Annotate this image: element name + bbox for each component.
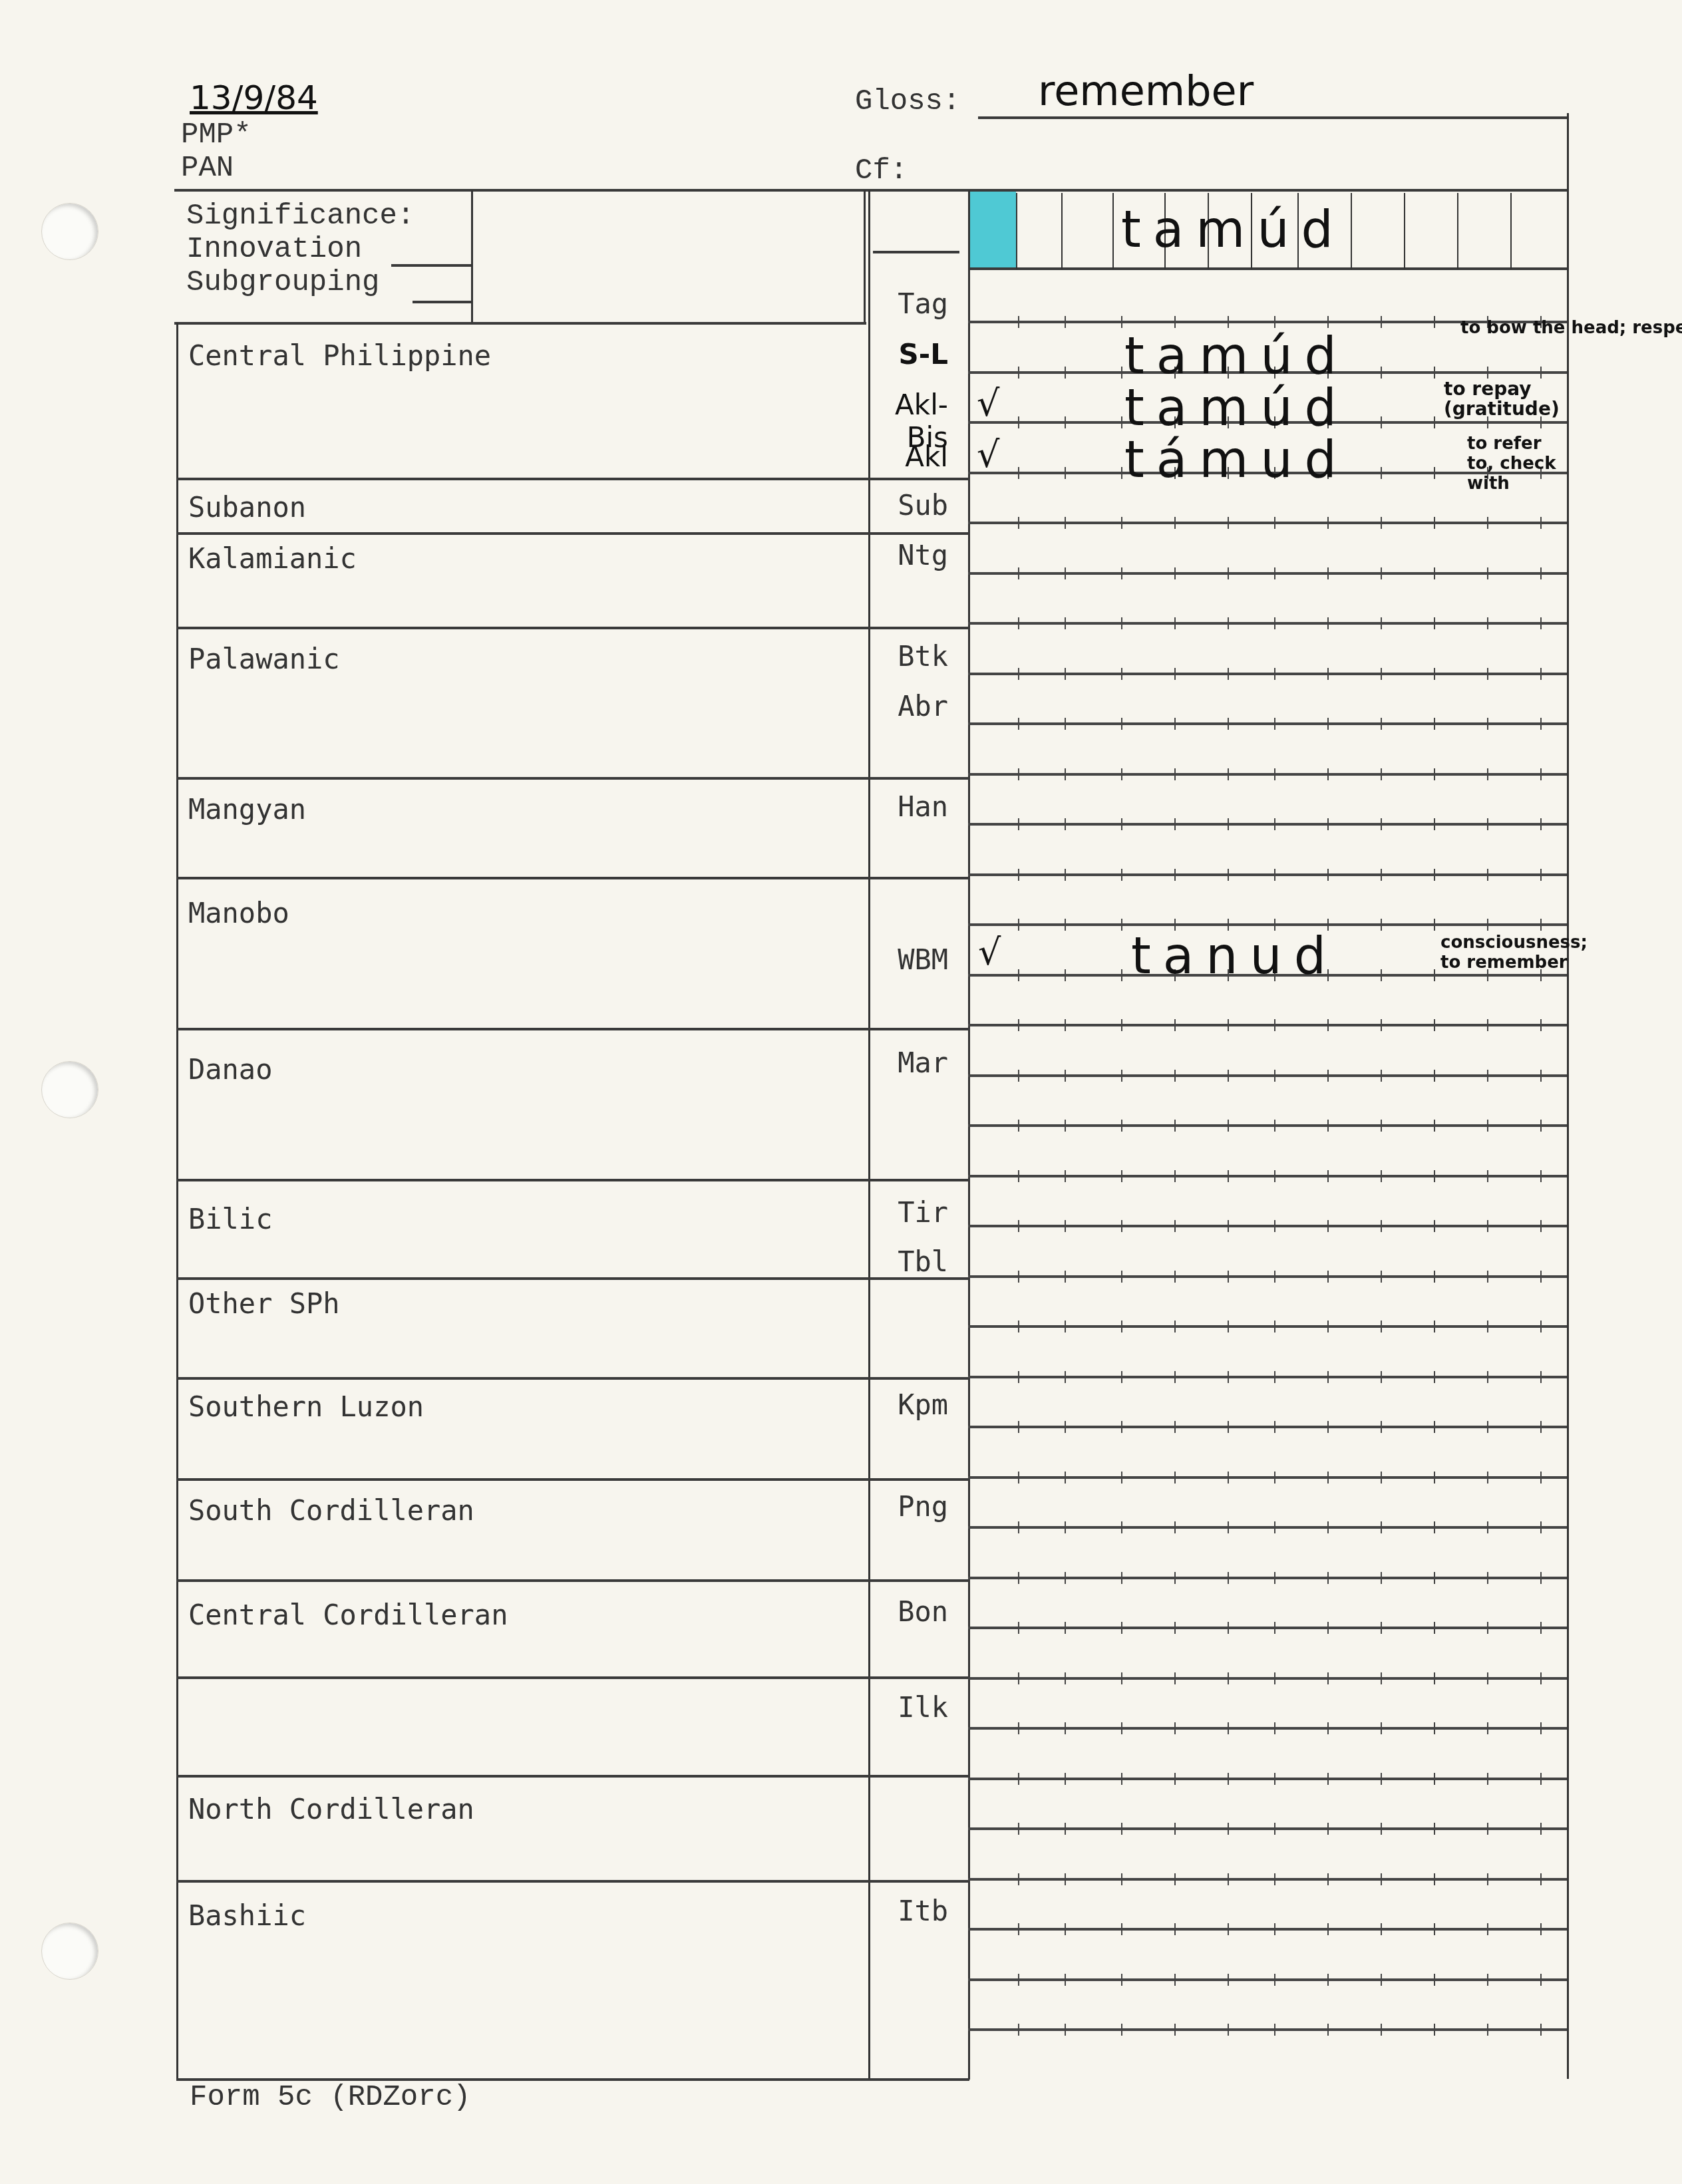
tick-mark — [1487, 1773, 1488, 1785]
tick-mark — [1381, 367, 1382, 379]
tick-mark — [1065, 617, 1066, 629]
tick-mark — [1065, 718, 1066, 730]
tick-mark — [1174, 1371, 1176, 1383]
tick-mark — [1065, 567, 1066, 579]
tick-mark — [1065, 2024, 1066, 2036]
tick-mark — [1174, 1722, 1176, 1734]
ruled-line — [968, 1325, 1567, 1328]
tick-mark — [1065, 316, 1066, 328]
ruled-line — [968, 2028, 1567, 2031]
tick-mark — [1121, 517, 1122, 529]
tick-mark — [1327, 1371, 1329, 1383]
tick-mark — [1381, 567, 1382, 579]
tick-mark — [1434, 1170, 1435, 1182]
tick-mark — [1121, 1019, 1122, 1031]
tick-mark — [1065, 1521, 1066, 1533]
group-mangyan: Mangyan — [188, 793, 306, 826]
tick-mark — [1540, 1170, 1542, 1182]
tick-mark — [1065, 1672, 1066, 1684]
tick-mark — [1434, 1974, 1435, 1986]
tick-mark — [1018, 718, 1019, 730]
tick-mark — [1327, 1773, 1329, 1785]
tick-mark — [1327, 2024, 1329, 2036]
tick-mark — [1065, 1773, 1066, 1785]
tick-mark — [1174, 567, 1176, 579]
tick-mark — [1274, 1220, 1275, 1232]
lang-mar: Mar — [855, 1046, 948, 1079]
tick-mark — [1274, 1321, 1275, 1332]
lang-sub: Sub — [855, 489, 948, 522]
tick-mark — [1540, 818, 1542, 830]
tick-mark — [1434, 1873, 1435, 1885]
entry-wbm-form: tanud — [1131, 926, 1338, 985]
tick-mark — [1434, 467, 1435, 479]
tick-mark — [1065, 768, 1066, 780]
tick-mark — [1434, 416, 1435, 428]
tick-mark — [1174, 1572, 1176, 1584]
ruled-line — [968, 1476, 1567, 1479]
tick-mark — [1327, 1622, 1329, 1634]
ruled-line — [968, 1426, 1567, 1428]
tick-mark — [1487, 1622, 1488, 1634]
tick-mark — [1381, 1271, 1382, 1283]
tick-mark — [1540, 1371, 1542, 1383]
tick-mark — [1487, 1923, 1488, 1935]
tick-mark — [1487, 1321, 1488, 1332]
tick-mark — [1065, 869, 1066, 881]
tick-mark — [1274, 1572, 1275, 1584]
tick-mark — [1018, 1271, 1019, 1283]
tick-mark — [1540, 1572, 1542, 1584]
tick-mark — [1540, 567, 1542, 579]
tick-mark — [1121, 1371, 1122, 1383]
tick-mark — [1174, 1873, 1176, 1885]
tick-mark — [1540, 1722, 1542, 1734]
tick-mark — [1121, 768, 1122, 780]
tick-mark — [1381, 818, 1382, 830]
group-south-cordilleran: South Cordilleran — [188, 1494, 474, 1527]
table-left-border — [176, 322, 178, 2078]
lang-wbm: WBM — [855, 943, 948, 976]
tick-mark — [1434, 1572, 1435, 1584]
ruled-line — [968, 673, 1567, 675]
ruled-line — [968, 572, 1567, 575]
tick-mark — [1434, 1472, 1435, 1483]
tick-mark — [1228, 1672, 1229, 1684]
group-palawanic: Palawanic — [188, 643, 340, 675]
tick-mark — [1228, 1823, 1229, 1835]
ruled-line — [968, 1727, 1567, 1730]
ruled-line — [968, 873, 1567, 876]
group-north-cordilleran: North Cordilleran — [188, 1793, 474, 1825]
tick-mark — [1381, 1421, 1382, 1433]
tick-mark — [1121, 818, 1122, 830]
tick-mark — [1274, 517, 1275, 529]
tick-mark — [1381, 869, 1382, 881]
tick-mark — [1065, 1170, 1066, 1182]
tick-mark — [1065, 1321, 1066, 1332]
tick-mark — [1381, 1321, 1382, 1332]
lang-itb: Itb — [855, 1895, 948, 1927]
tick-mark — [1228, 1974, 1229, 1986]
tick-mark — [1434, 718, 1435, 730]
tick-mark — [1434, 567, 1435, 579]
tick-mark — [1487, 668, 1488, 680]
group-separator — [176, 1377, 969, 1380]
lang-tir: Tir — [855, 1196, 948, 1229]
tick-mark — [1540, 1773, 1542, 1785]
tick-mark — [1434, 1070, 1435, 1082]
tick-mark — [1228, 1923, 1229, 1935]
tick-mark — [1327, 1923, 1329, 1935]
tick-mark — [1487, 517, 1488, 529]
tick-mark — [1487, 367, 1488, 379]
lang-han: Han — [855, 790, 948, 823]
tick-mark — [1434, 316, 1435, 328]
tick-mark — [1121, 1923, 1122, 1935]
tick-mark — [1381, 617, 1382, 629]
tick-mark — [1487, 1521, 1488, 1533]
tick-mark — [1540, 919, 1542, 931]
tick-mark — [1381, 517, 1382, 529]
tick-mark — [1065, 1371, 1066, 1383]
tick-mark — [1065, 1220, 1066, 1232]
tick-mark — [1121, 1572, 1122, 1584]
tick-mark — [1228, 1170, 1229, 1182]
tick-mark — [1274, 718, 1275, 730]
tick-mark — [1121, 919, 1122, 931]
entry-sl-form: tamúd — [1124, 326, 1349, 385]
tick-mark — [1121, 1070, 1122, 1082]
entry-wbm-note: consciousness; to remember — [1440, 933, 1574, 973]
form-label: Form 5c (RDZorc) — [190, 2081, 470, 2114]
group-bashiic: Bashiic — [188, 1899, 306, 1932]
tick-mark — [1327, 567, 1329, 579]
tick-mark — [1121, 367, 1122, 379]
tick-mark — [1540, 1622, 1542, 1634]
tick-mark — [1065, 1974, 1066, 1986]
tick-mark — [1228, 1873, 1229, 1885]
tick-mark — [1065, 1923, 1066, 1935]
cf-label: Cf: — [855, 154, 908, 188]
tick-mark — [1274, 1019, 1275, 1031]
cell-divider — [1404, 193, 1405, 269]
tick-mark — [1487, 1019, 1488, 1031]
tick-mark — [1487, 768, 1488, 780]
cell-divider — [1510, 193, 1512, 269]
entry-akl-bis-form: tamúd — [1124, 378, 1349, 437]
tick-mark — [1327, 1722, 1329, 1734]
tick-mark — [1018, 1019, 1019, 1031]
ruled-line — [968, 773, 1567, 776]
tick-mark — [1381, 1622, 1382, 1634]
tick-mark — [1228, 869, 1229, 881]
group-separator — [176, 1277, 969, 1280]
gloss-value: remember — [1038, 67, 1254, 115]
lang-abr: Abr — [855, 690, 948, 722]
tick-mark — [1540, 2024, 1542, 2036]
tick-mark — [1274, 1873, 1275, 1885]
tick-mark — [1327, 1974, 1329, 1986]
tick-mark — [1121, 869, 1122, 881]
tick-mark — [1018, 1321, 1019, 1332]
proto-blank — [873, 251, 959, 253]
tick-mark — [1228, 1321, 1229, 1332]
tick-mark — [1121, 617, 1122, 629]
tick-mark — [1381, 1974, 1382, 1986]
tick-mark — [1487, 617, 1488, 629]
tick-mark — [1121, 1220, 1122, 1232]
date: 13/9/84 — [190, 78, 318, 117]
tick-mark — [1540, 1271, 1542, 1283]
tick-mark — [1228, 768, 1229, 780]
cell-divider — [1457, 193, 1458, 269]
tick-mark — [1174, 517, 1176, 529]
significance-title: Significance: — [186, 200, 415, 233]
group-separator — [176, 877, 969, 879]
tick-mark — [1487, 1672, 1488, 1684]
tick-mark — [1540, 1672, 1542, 1684]
ruled-line — [968, 1024, 1567, 1026]
tick-mark — [1434, 1019, 1435, 1031]
tick-mark — [1018, 768, 1019, 780]
ruled-line — [968, 1275, 1567, 1278]
reconstruction-bottom — [968, 267, 1567, 270]
tick-mark — [1487, 1371, 1488, 1383]
tick-mark — [1174, 1070, 1176, 1082]
tick-mark — [1274, 1170, 1275, 1182]
tick-mark — [1487, 1472, 1488, 1483]
tick-mark — [1327, 1070, 1329, 1082]
tick-mark — [1018, 1070, 1019, 1082]
tick-mark — [1327, 1572, 1329, 1584]
tick-mark — [1434, 969, 1435, 981]
tick-mark — [1065, 668, 1066, 680]
ruled-line — [968, 1627, 1567, 1629]
tick-mark — [1327, 1873, 1329, 1885]
tick-mark — [1018, 467, 1019, 479]
tick-mark — [1174, 1271, 1176, 1283]
tick-mark — [1018, 1823, 1019, 1835]
tick-mark — [1174, 768, 1176, 780]
entry-wbm-check: √ — [978, 931, 1001, 973]
tick-mark — [1434, 818, 1435, 830]
group-central-philippine: Central Philippine — [188, 339, 491, 372]
tick-mark — [1434, 367, 1435, 379]
tick-mark — [1228, 1070, 1229, 1082]
tick-mark — [1121, 1873, 1122, 1885]
tick-mark — [1487, 818, 1488, 830]
tick-mark — [1065, 1120, 1066, 1132]
tick-mark — [1121, 567, 1122, 579]
tick-mark — [1434, 1371, 1435, 1383]
reconstruction-form: tamúd — [1121, 200, 1345, 259]
tick-mark — [1540, 1974, 1542, 1986]
tick-mark — [1274, 1672, 1275, 1684]
tick-mark — [1121, 1421, 1122, 1433]
lang-tag: Tag — [855, 287, 948, 320]
innovation-blank[interactable] — [391, 264, 471, 267]
lang-btk: Btk — [855, 640, 948, 673]
tick-mark — [1065, 1572, 1066, 1584]
group-separator — [176, 1880, 969, 1883]
tick-mark — [1174, 1923, 1176, 1935]
group-danao: Danao — [188, 1053, 272, 1086]
tick-mark — [1381, 416, 1382, 428]
lang-kpm: Kpm — [855, 1388, 948, 1421]
tick-mark — [1487, 1170, 1488, 1182]
tick-mark — [1121, 1472, 1122, 1483]
tick-mark — [1540, 1321, 1542, 1332]
tick-mark — [1540, 1521, 1542, 1533]
tick-mark — [1018, 1622, 1019, 1634]
tick-mark — [1065, 416, 1066, 428]
tick-mark — [1381, 1220, 1382, 1232]
divider — [471, 190, 473, 323]
tick-mark — [1327, 617, 1329, 629]
tick-mark — [1274, 1722, 1275, 1734]
lang-akl: Akl — [855, 440, 948, 473]
tick-mark — [1434, 919, 1435, 931]
subgrouping-blank[interactable] — [413, 301, 471, 303]
tick-mark — [1018, 1974, 1019, 1986]
entry-akl-bis-check: √ — [977, 383, 999, 424]
tick-mark — [1174, 1472, 1176, 1483]
tick-mark — [1228, 1019, 1229, 1031]
tick-mark — [1540, 1823, 1542, 1835]
tick-mark — [1381, 1472, 1382, 1483]
subgrouping-label: Subgrouping — [186, 266, 415, 299]
tick-mark — [1018, 1572, 1019, 1584]
entry-sl-note: to bow the head; respect, courtesy — [1460, 318, 1682, 338]
tick-mark — [1065, 1722, 1066, 1734]
tick-mark — [1065, 919, 1066, 931]
tick-mark — [1381, 1923, 1382, 1935]
ruled-line — [968, 1827, 1567, 1830]
lang-png: Png — [855, 1490, 948, 1523]
tick-mark — [1381, 467, 1382, 479]
tick-mark — [1540, 1120, 1542, 1132]
tick-mark — [1487, 1722, 1488, 1734]
ruled-line — [968, 1577, 1567, 1579]
tick-mark — [1274, 1120, 1275, 1132]
tick-mark — [1228, 1472, 1229, 1483]
tick-mark — [1174, 2024, 1176, 2036]
ruled-line — [968, 1878, 1567, 1881]
tick-mark — [1228, 818, 1229, 830]
tick-mark — [1327, 1271, 1329, 1283]
tick-mark — [1121, 1773, 1122, 1785]
pan-label: PAN — [181, 152, 234, 185]
table-right-border — [1567, 113, 1569, 2079]
tick-mark — [1434, 1823, 1435, 1835]
tick-mark — [1065, 1019, 1066, 1031]
tick-mark — [1121, 969, 1122, 981]
tick-mark — [1121, 1271, 1122, 1283]
tick-mark — [1018, 517, 1019, 529]
tick-mark — [1174, 1019, 1176, 1031]
tick-mark — [1065, 1873, 1066, 1885]
tick-mark — [1065, 517, 1066, 529]
tick-mark — [1274, 869, 1275, 881]
table-top-border — [174, 189, 1569, 192]
tick-mark — [1228, 2024, 1229, 2036]
tick-mark — [1174, 1120, 1176, 1132]
ruled-line — [968, 522, 1567, 524]
tick-mark — [1018, 1472, 1019, 1483]
ruled-line — [968, 1175, 1567, 1177]
tick-mark — [1174, 1321, 1176, 1332]
tick-mark — [1174, 1823, 1176, 1835]
tick-mark — [1018, 367, 1019, 379]
tick-mark — [1274, 1421, 1275, 1433]
tick-mark — [1228, 1622, 1229, 1634]
tick-mark — [1327, 1421, 1329, 1433]
tick-mark — [1018, 818, 1019, 830]
tick-mark — [1018, 1521, 1019, 1533]
group-separator — [176, 532, 969, 535]
tick-mark — [1434, 517, 1435, 529]
tick-mark — [1065, 969, 1066, 981]
tick-mark — [1228, 1371, 1229, 1383]
tick-mark — [1065, 467, 1066, 479]
ruled-line — [968, 722, 1567, 725]
tick-mark — [1487, 1572, 1488, 1584]
tick-mark — [1018, 1672, 1019, 1684]
tick-mark — [1434, 1321, 1435, 1332]
tick-mark — [1381, 1170, 1382, 1182]
tick-mark — [1381, 1019, 1382, 1031]
tick-mark — [1327, 1672, 1329, 1684]
tick-mark — [1228, 1521, 1229, 1533]
tick-mark — [1434, 1120, 1435, 1132]
tick-mark — [1381, 718, 1382, 730]
tick-mark — [1540, 1019, 1542, 1031]
tick-mark — [1434, 1271, 1435, 1283]
tick-mark — [1018, 2024, 1019, 2036]
significance-bottom — [174, 322, 866, 325]
group-separator — [176, 1676, 969, 1679]
tick-mark — [1381, 668, 1382, 680]
entry-akl-form: támud — [1124, 430, 1349, 489]
tick-mark — [1487, 1271, 1488, 1283]
tick-mark — [1274, 1521, 1275, 1533]
group-bilic: Bilic — [188, 1203, 272, 1235]
tick-mark — [1540, 1923, 1542, 1935]
tick-mark — [1174, 1170, 1176, 1182]
lang-ilk: Ilk — [855, 1691, 948, 1724]
tick-mark — [1274, 1923, 1275, 1935]
tick-mark — [1434, 1220, 1435, 1232]
tick-mark — [1381, 919, 1382, 931]
tick-mark — [1381, 1672, 1382, 1684]
tick-mark — [1327, 718, 1329, 730]
tick-mark — [1274, 1622, 1275, 1634]
tick-mark — [1018, 1773, 1019, 1785]
tick-mark — [1540, 367, 1542, 379]
tick-mark — [1174, 1421, 1176, 1433]
tick-mark — [1121, 1120, 1122, 1132]
tick-mark — [1434, 768, 1435, 780]
tick-mark — [1174, 617, 1176, 629]
tick-mark — [1327, 768, 1329, 780]
punch-hole — [41, 203, 98, 260]
tick-mark — [1540, 1070, 1542, 1082]
tick-mark — [1065, 1622, 1066, 1634]
ruled-line — [968, 1778, 1567, 1780]
tick-mark — [1487, 1120, 1488, 1132]
ruled-line — [968, 1978, 1567, 1981]
